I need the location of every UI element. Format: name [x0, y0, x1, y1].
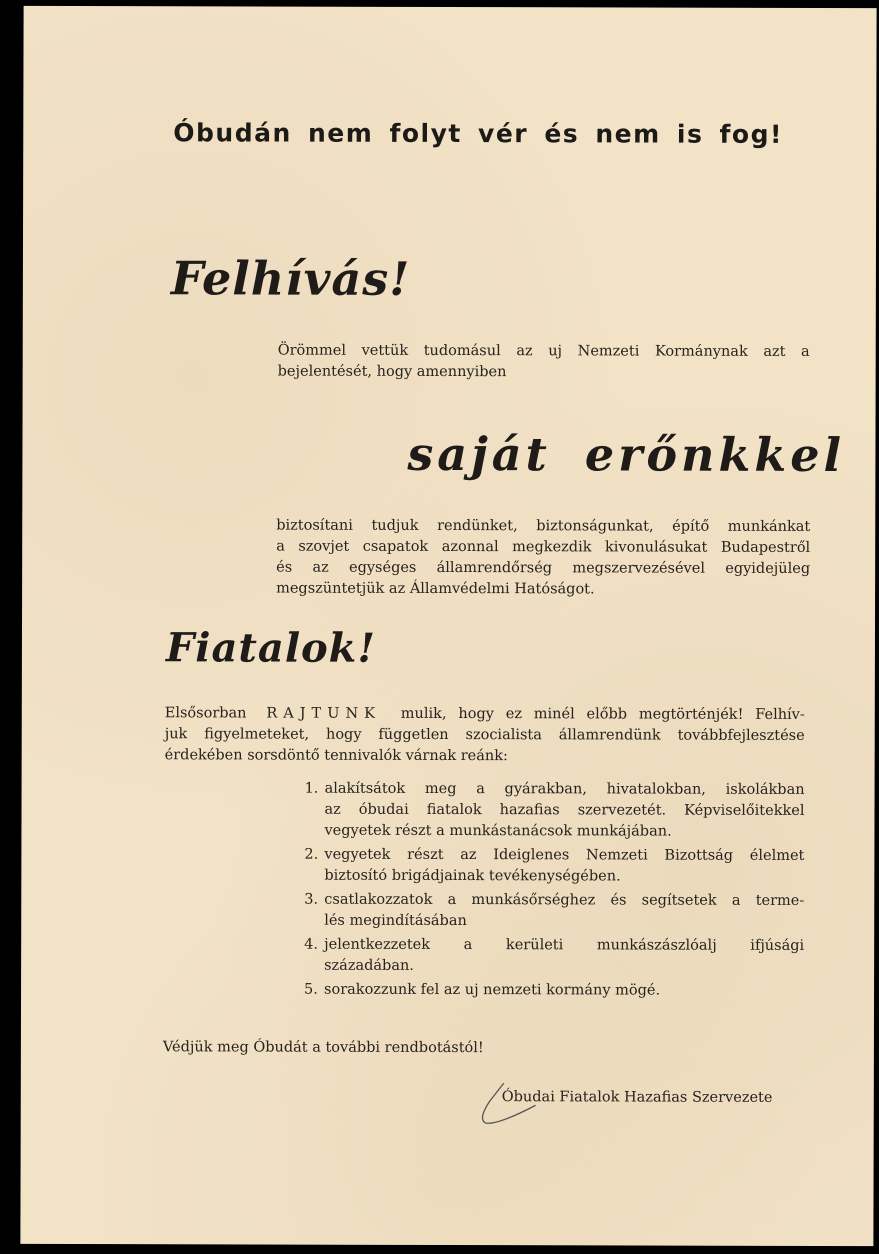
- headline: Óbudán nem folyt vér és nem is fog!: [173, 118, 783, 149]
- list-item: 5. sorakozzunk fel az uj nemzeti kormány…: [304, 980, 804, 1002]
- paragraph-2-line: megszüntetjük az Államvédelmi Hatóságot.: [276, 579, 810, 601]
- list-item: 1. alakítsátok meg a gyárakban, hivatalo…: [304, 779, 804, 843]
- list-line: vegyetek részt a munkástanácsok munkájáb…: [324, 821, 804, 843]
- list-line: az óbudai fiatalok hazafias szervezetét.…: [324, 800, 804, 822]
- paragraph-3-line-2: juk figyelmeteket, hogy független szocia…: [165, 724, 805, 747]
- list-line: sorakozzunk fel az uj nemzeti kormány mö…: [324, 980, 804, 1002]
- list-number: 5.: [304, 980, 318, 1001]
- text-mulik: mulik, hogy ez minél előbb megtörténjék!…: [401, 706, 805, 723]
- list-number: 4.: [304, 935, 318, 956]
- list-line: alakítsátok meg a gyárakban, hivatalokba…: [325, 779, 805, 801]
- list-line: csatlakozzatok a munkásőrséghez és segít…: [324, 890, 804, 912]
- paragraph-2-line: biztosítani tudjuk rendünket, biztonságu…: [276, 516, 810, 538]
- paragraph-3-line-1: Elsősorban RAJTUNK mulik, hogy ez minél …: [165, 703, 805, 726]
- title-felhivas: Felhívás!: [171, 251, 411, 306]
- intro-line-1: Örömmel vettük tudomásul az uj Nemzeti K…: [278, 341, 810, 363]
- list-number: 1.: [305, 779, 319, 800]
- paragraph-3: Elsősorban RAJTUNK mulik, hogy ez minél …: [165, 703, 805, 768]
- list-number: 2.: [304, 845, 318, 866]
- emphasis-rajtunk: RAJTUNK: [266, 706, 381, 722]
- list-line: vegyetek részt az Ideiglenes Nemzeti Biz…: [324, 845, 804, 867]
- paragraph-2: biztosítani tudjuk rendünket, biztonságu…: [276, 516, 810, 601]
- closing-line: Védjük meg Óbudát a további rendbotástól…: [163, 1037, 484, 1059]
- leaflet-paper: Óbudán nem folyt vér és nem is fog! Felh…: [20, 6, 876, 1246]
- signature: Óbudai Fiatalok Hazafias Szervezete: [502, 1087, 773, 1109]
- intro-paragraph: Örömmel vettük tudomásul az uj Nemzeti K…: [278, 341, 810, 384]
- paragraph-2-line: a szovjet csapatok azonnal megkezdik kiv…: [276, 537, 810, 559]
- list-line: jelentkezzetek a kerületi munkászászlóal…: [324, 935, 804, 957]
- emphasis-sajat-eronkkel: saját erőnkkel: [407, 427, 845, 482]
- list-item: 3. csatlakozzatok a munkásőrséghez és se…: [304, 890, 804, 933]
- title-fiatalok: Fiatalok!: [166, 624, 376, 672]
- list-line: századában.: [324, 956, 804, 978]
- task-list: 1. alakítsátok meg a gyárakban, hivatalo…: [304, 779, 805, 1005]
- list-line: biztosító brigádjainak tevékenységében.: [324, 866, 804, 888]
- paragraph-2-line: és az egységes államrendőrség megszervez…: [276, 558, 810, 580]
- paragraph-3-line-3: érdekében sorsdöntő tennivalók várnak re…: [165, 745, 805, 768]
- list-line: lés megindításában: [324, 911, 804, 933]
- intro-line-2: bejelentését, hogy amennyiben: [278, 362, 810, 384]
- list-item: 2. vegyetek részt az Ideiglenes Nemzeti …: [304, 845, 804, 888]
- text-elsosorban: Elsősorban: [165, 705, 247, 721]
- list-item: 4. jelentkezzetek a kerületi munkászászl…: [304, 935, 804, 978]
- list-number: 3.: [304, 890, 318, 911]
